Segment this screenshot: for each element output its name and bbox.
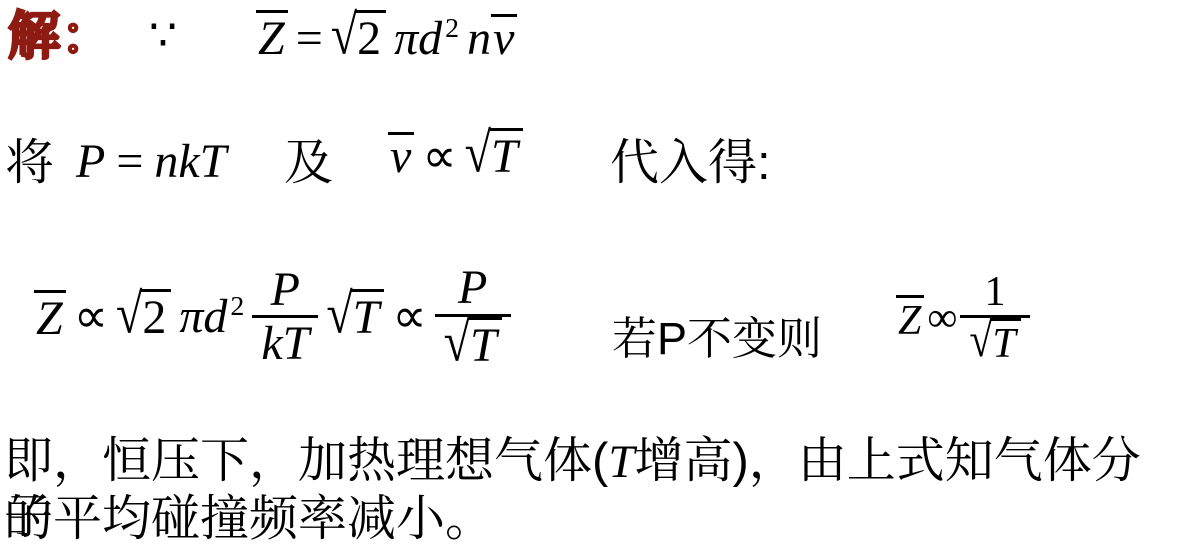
exponent-2: 2 xyxy=(445,13,459,44)
propto-sign: ∝ xyxy=(74,292,108,342)
sqrt-2-term: √2 xyxy=(331,10,386,66)
equals-sign: = xyxy=(296,14,323,64)
because-symbol: ∵ xyxy=(149,12,177,60)
radical-sign: √ xyxy=(444,313,470,372)
fraction-denominator: kT xyxy=(252,315,318,370)
fraction-denominator: √T xyxy=(960,315,1029,367)
fraction-numerator: P xyxy=(435,262,511,314)
z-bar-symbol: Z xyxy=(896,295,924,342)
pi-d-symbol: πd xyxy=(179,290,227,343)
propto-sign: ∝ xyxy=(392,292,426,342)
pi-d-symbol: πd xyxy=(394,12,442,65)
fraction-P-over-sqrtT: P √T xyxy=(435,262,511,372)
pressure-formula: P = nkT xyxy=(76,137,226,187)
solve-label: 解： xyxy=(8,8,114,68)
substitute-prefix-text: 将 xyxy=(5,135,54,191)
derivation-formula: Z ∝ √2 πd2 P kT √T ∝ P √T xyxy=(34,262,511,372)
fraction-1-over-sqrtT: 1 √T xyxy=(960,270,1029,367)
substitute-suffix-text: 代入得: xyxy=(610,135,771,191)
sqrt-arg-T: T xyxy=(351,289,385,342)
result-formula: Z ∞ 1 √T xyxy=(896,270,1030,367)
pi-d-squared-term: πd2 xyxy=(394,11,459,66)
sqrt-T-term: √T xyxy=(444,317,502,372)
sqrt-arg-T: T xyxy=(468,317,502,370)
sqrt-arg-T: T xyxy=(990,318,1020,365)
pi-d-squared-term: πd2 xyxy=(179,289,244,344)
radical-sign: √ xyxy=(465,124,491,183)
sqrt-T-term: √T xyxy=(465,128,523,184)
z-bar-symbol: Z xyxy=(34,290,66,343)
sqrt-T-term: √T xyxy=(326,289,384,345)
fraction-P-over-kT: P kT xyxy=(252,264,318,371)
radical-sign: √ xyxy=(969,316,992,368)
sqrt-T-term: √T xyxy=(969,318,1020,367)
speed-relation-formula: v ∝ √T xyxy=(388,128,523,184)
v-bar-symbol: v xyxy=(491,14,517,57)
propto-sign: ∝ xyxy=(422,132,456,182)
nkt-symbol: nkT xyxy=(154,137,226,187)
sqrt-arg-2: 2 xyxy=(140,289,171,342)
z-bar-symbol: Z xyxy=(256,10,288,63)
sqrt-2-term: √2 xyxy=(116,289,171,345)
solution-slide: 解： ∵ Z = √2 πd2 nv 将 P = nkT 及 v ∝ √T 代入… xyxy=(0,0,1183,554)
exponent-2: 2 xyxy=(230,291,244,322)
p-symbol: P xyxy=(76,137,105,187)
radical-sign: √ xyxy=(116,285,142,344)
radical-sign: √ xyxy=(331,6,357,65)
conclusion-line-2: 的平均碰撞频率减小。 xyxy=(4,491,494,547)
v-bar-symbol: v xyxy=(388,132,414,175)
infinity-sign: ∞ xyxy=(927,297,957,341)
equals-sign: = xyxy=(116,137,143,187)
radical-sign: √ xyxy=(326,285,352,344)
mean-collision-formula: Z = √2 πd2 nv xyxy=(256,10,517,66)
sqrt-arg-T: T xyxy=(489,128,523,181)
n-v-bar-term: nv xyxy=(467,11,517,66)
condition-text: 若P不变则 xyxy=(612,313,822,365)
temperature-symbol: T xyxy=(608,436,634,488)
fraction-denominator: √T xyxy=(435,314,511,372)
sqrt-arg-2: 2 xyxy=(355,10,386,63)
n-symbol: n xyxy=(467,12,491,65)
conclusion-text-before-T: 即，恒压下，加热理想气体( xyxy=(4,434,608,488)
fraction-numerator: 1 xyxy=(960,270,1029,315)
fraction-numerator: P xyxy=(252,264,318,316)
conjunction-text: 及 xyxy=(284,135,333,191)
